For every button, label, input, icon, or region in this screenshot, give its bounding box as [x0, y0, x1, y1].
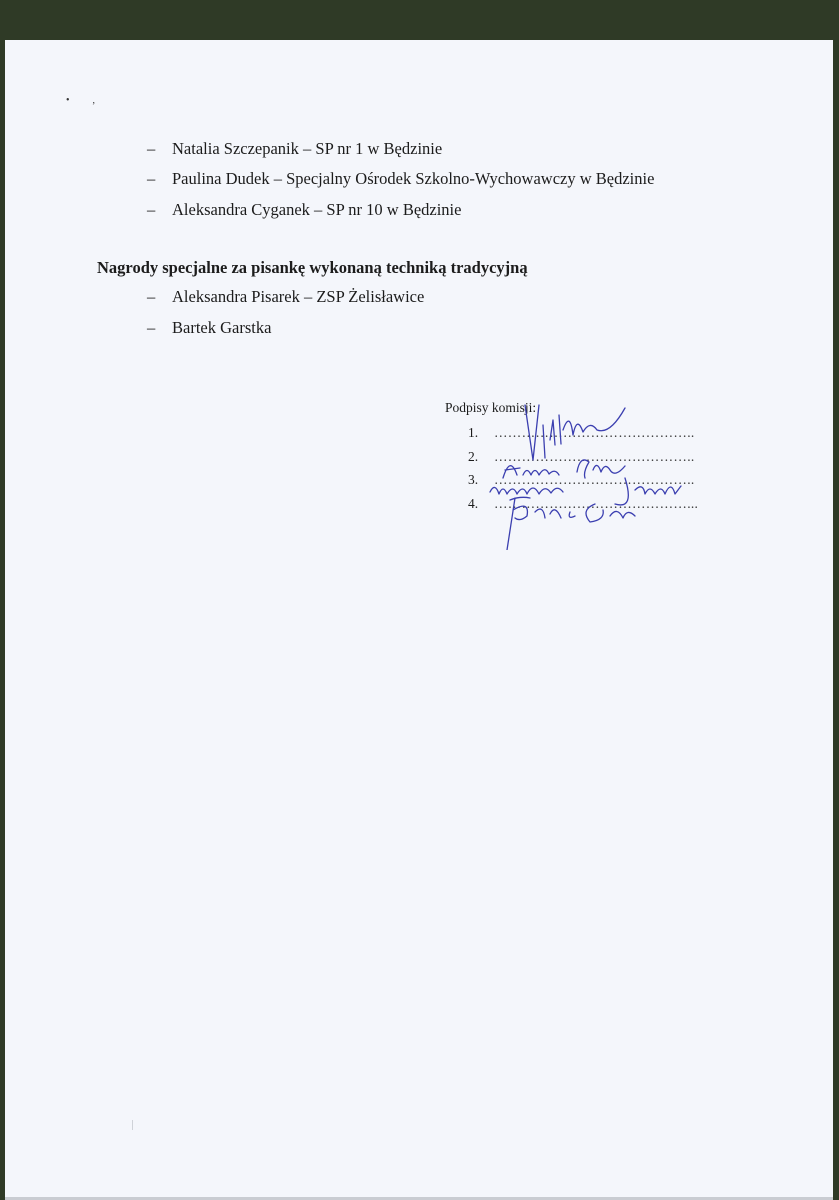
- signature-dots: ……………………………………..: [494, 472, 695, 487]
- signature-dots: ……………………………………..: [494, 425, 695, 440]
- scan-marks: • ‚: [66, 95, 105, 106]
- signature-line: 4.……………………………………...: [468, 496, 698, 512]
- list-dash: –: [147, 169, 155, 189]
- list-dash: –: [147, 139, 155, 159]
- signature-number: 2.: [468, 449, 494, 465]
- signature-number: 1.: [468, 425, 494, 441]
- list-item-text: Aleksandra Cyganek – SP nr 10 w Będzinie: [172, 200, 461, 220]
- list-item-text: Bartek Garstka: [172, 318, 271, 338]
- signature-number: 3.: [468, 472, 494, 488]
- list-item-text: Natalia Szczepanik – SP nr 1 w Będzinie: [172, 139, 442, 159]
- signature-number: 4.: [468, 496, 494, 512]
- signature-line: 3.……………………………………..: [468, 472, 695, 488]
- scan-artifact: [132, 1120, 133, 1130]
- list-dash: –: [147, 200, 155, 220]
- list-dash: –: [147, 318, 155, 338]
- list-dash: –: [147, 287, 155, 307]
- signature-dots: ……………………………………...: [494, 496, 698, 511]
- list-item-text: Paulina Dudek – Specjalny Ośrodek Szkoln…: [172, 169, 654, 189]
- signature-line: 2.……………………………………..: [468, 449, 695, 465]
- special-awards-heading: Nagrody specjalne za pisankę wykonaną te…: [97, 258, 528, 278]
- list-item-text: Aleksandra Pisarek – ZSP Żelisławice: [172, 287, 424, 307]
- signatures-label: Podpisy komisji:: [445, 400, 536, 416]
- document-page: • ‚ – Natalia Szczepanik – SP nr 1 w Będ…: [5, 40, 833, 1200]
- signature-dots: ……………………………………..: [494, 449, 695, 464]
- signature-line: 1.……………………………………..: [468, 425, 695, 441]
